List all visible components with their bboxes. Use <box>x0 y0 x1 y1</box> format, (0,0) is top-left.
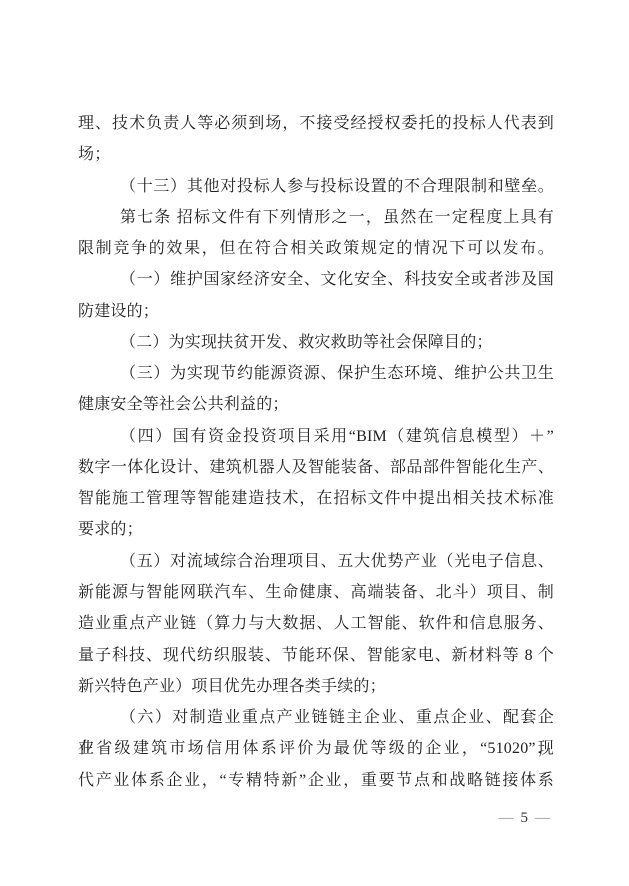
text-line: 场； <box>78 139 554 170</box>
page-number: —5— <box>493 808 558 828</box>
document-page: 理、技术负责人等必须到场，不接受经授权委托的投标人代表到 场； （十三）其他对投… <box>0 0 629 886</box>
text-line: 第七条 招标文件有下列情形之一，虽然在一定程度上具有 <box>78 202 554 233</box>
text-line: （六）对制造业重点产业链链主企业、重点企业、配套企业， <box>78 702 554 733</box>
text-line: （三）为实现节约能源资源、保护生态环境、维护公共卫生 <box>78 358 554 389</box>
text-line: 代产业体系企业，“专精特新”企业，重要节点和战略链接体系 <box>78 765 554 796</box>
text-line: 量子科技、现代纺织服装、节能环保、智能家电、新材料等 8 个 <box>78 640 554 671</box>
page-number-dash-right: — <box>529 810 557 826</box>
text-line: 在省级建筑市场信用体系评价为最优等级的企业，“51020”现 <box>78 733 554 764</box>
text-line: 造业重点产业链（算力与大数据、人工智能、软件和信息服务、 <box>78 608 554 639</box>
text-line: 限制竞争的效果，但在符合相关政策规定的情况下可以发布。 <box>78 233 554 264</box>
text-line: 新能源与智能网联汽车、生命健康、高端装备、北斗）项目、制 <box>78 577 554 608</box>
text-line: （一）维护国家经济安全、文化安全、科技安全或者涉及国 <box>78 264 554 295</box>
text-line: 智能施工管理等智能建造技术，在招标文件中提出相关技术标准 <box>78 483 554 514</box>
text-line: （四）国有资金投资项目采用“BIM（建筑信息模型）＋” <box>78 421 554 452</box>
text-line: 理、技术负责人等必须到场，不接受经授权委托的投标人代表到 <box>78 108 554 139</box>
text-line: 防建设的； <box>78 296 554 327</box>
text-line: （五）对流域综合治理项目、五大优势产业（光电子信息、 <box>78 546 554 577</box>
page-number-dash-left: — <box>493 810 521 826</box>
text-line: 数字一体化设计、建筑机器人及智能装备、部品部件智能化生产、 <box>78 452 554 483</box>
page-number-value: 5 <box>521 810 530 826</box>
text-line: 要求的； <box>78 514 554 545</box>
text-line: （二）为实现扶贫开发、救灾救助等社会保障目的； <box>78 327 554 358</box>
document-body-text: 理、技术负责人等必须到场，不接受经授权委托的投标人代表到 场； （十三）其他对投… <box>78 108 554 796</box>
text-line: 新兴特色产业）项目优先办理各类手续的； <box>78 671 554 702</box>
text-line: （十三）其他对投标人参与投标设置的不合理限制和壁垒。 <box>78 171 554 202</box>
text-line: 健康安全等社会公共利益的； <box>78 389 554 420</box>
